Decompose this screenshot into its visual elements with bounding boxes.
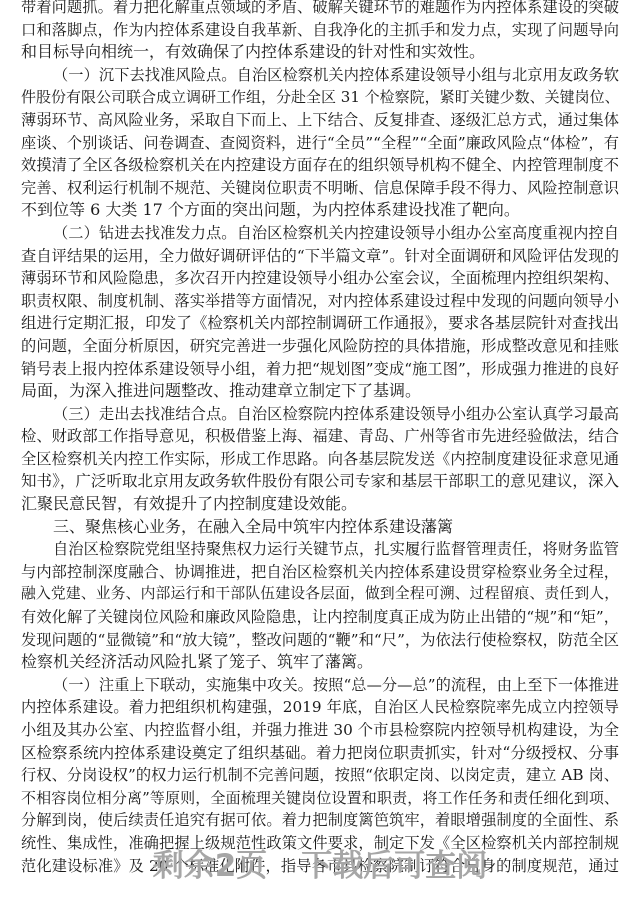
text-line: 发现问题的“显微镜”和“放大镜”，整改问题的“鞭”和“尺”，为依法行使检察权，防… [21, 629, 619, 652]
text-line: 件股份有限公司联合成立调研工作组，分赴全区 31 个检察院，紧盯关键少数、关键岗… [21, 86, 619, 109]
text-line: 的问题，全面分析原因，研究完善进一步强化风险防控的具体措施，形成整改意见和挂账 [21, 335, 619, 358]
text-line: （一）注重上下联动，实施集中攻关。按照“总—分—总”的流程，由上至下一体推进 [21, 674, 619, 697]
text-line: 销号表上报内控体系建设领导小组，着力把“规划图”变成“施工图”，形成强力推进的良… [21, 358, 619, 381]
download-banner[interactable]: 剩余2页下载后可查阅 [0, 840, 640, 885]
text-line: 查自评结果的运用，全力做好调研评估的“下半篇文章”。针对全面调研和风险评估发现的 [21, 245, 619, 268]
text-line: 座谈、个别谈话、问卷调查、查阅资料，进行“全员”“全程”“全面”廉政风险点“体检… [21, 132, 619, 155]
text-line: 职责权限、制度机制、落实举措等方面情况，对内控体系建设过程中发现的问题向领导小 [21, 290, 619, 313]
text-line: 局面，为深入推进问题整改、推动建章立制定下了基调。 [21, 380, 619, 403]
text-line: 自治区检察院党组坚持聚焦权力运行关键节点，扎实履行监督管理责任，将财务监管 [21, 538, 619, 561]
document-body: 带着问题抓。着力把化解重点领域的矛盾、破解关键环节的难题作为内控体系建设的突破口… [21, 0, 619, 877]
text-line: 分解到岗，使后续责任追究有据可依。着力把制度篱笆筑牢，着眼增强制度的全面性、系 [21, 809, 619, 832]
text-line: 三、聚焦核心业务，在融入全局中筑牢内控体系建设藩篱 [21, 516, 619, 539]
remaining-pages-label: 剩余2页 [153, 848, 268, 884]
text-line: 内控体系建设。着力把组织机构建强，2019 年底，自治区人民检察院率先成立内控领… [21, 696, 619, 719]
text-line: 口和落脚点，作为内控体系建设自我革新、自我净化的主抓手和发力点，实现了问题导向 [21, 19, 619, 42]
document-page: 带着问题抓。着力把化解重点领域的矛盾、破解关键环节的难题作为内控体系建设的突破口… [21, 0, 619, 877]
text-line: 全区检察机关内控工作实际，形成工作思路。向各基层院发送《内控制度建设征求意见通 [21, 448, 619, 471]
text-line: 和目标导向相统一，有效确保了内控体系建设的针对性和实效性。 [21, 41, 619, 64]
text-line: 薄弱环节和风险隐患，多次召开内控建设领导小组办公室会议，全面梳理内控组织架构、 [21, 267, 619, 290]
text-line: 检察机关经济活动风险扎紧了笼子、筑牢了藩篱。 [21, 651, 619, 674]
text-line: 检、财政部工作指导意见，积极借鉴上海、福建、青岛、广州等省市先进经验做法，结合 [21, 425, 619, 448]
text-line: 组进行定期汇报，印发了《检察机关内部控制调研工作通报》，要求各基层院针对查找出 [21, 312, 619, 335]
download-prompt-label[interactable]: 下载后可查阅 [301, 848, 487, 884]
text-line: 带着问题抓。着力把化解重点领域的矛盾、破解关键环节的难题作为内控体系建设的突破 [21, 0, 619, 19]
text-line: （三）走出去找准结合点。自治区检察院内控体系建设领导小组办公室认真学习最高 [21, 403, 619, 426]
text-line: 小组及其办公室、内控监督小组，并强力推进 30 个市县检察院内控领导机构建设，为… [21, 719, 619, 742]
text-line: 不相容岗位相分离”等原则，全面梳理关键岗位设置和职责，将工作任务和责任细化到项、 [21, 787, 619, 810]
text-line: 有效化解了关键岗位风险和廉政风险隐患，让内控制度真正成为防止出错的“规”和“矩”… [21, 606, 619, 629]
text-line: 知书》，广泛听取北京用友政务软件股份有限公司专家和基层干部职工的意见建议，深入 [21, 470, 619, 493]
text-line: 不到位等 6 大类 17 个方面的突出问题，为内控体系建设找准了靶向。 [21, 199, 619, 222]
text-line: 薄弱环节、高风险业务，采取自下而上、上下结合、反复排查、逐级汇总方式，通过集体 [21, 109, 619, 132]
text-line: （二）钻进去找准发力点。自治区检察机关内控建设领导小组办公室高度重视内控自 [21, 222, 619, 245]
text-line: 行权、分岗设权”的权力运行机制不完善问题，按照“依职定岗、以岗定责，建立 AB … [21, 764, 619, 787]
text-line: 区检察系统内控体系建设奠定了组织基础。着力把岗位职责抓实，针对“分级授权、分事 [21, 742, 619, 765]
text-line: （一）沉下去找准风险点。自治区检察机关内控体系建设领导小组与北京用友政务软 [21, 64, 619, 87]
text-line: 效摸清了全区各级检察机关在内控建设方面存在的组织领导机构不健全、内控管理制度不 [21, 154, 619, 177]
text-line: 与内部控制深度融合、协调推进，把自治区检察机关内控体系建设贯穿检察业务全过程， [21, 561, 619, 584]
text-line: 完善、权利运行机制不规范、关键岗位职责不明晰、信息保障手段不得力、风险控制意识 [21, 177, 619, 200]
text-line: 汇聚民意民智，有效提升了内控制度建设效能。 [21, 493, 619, 516]
text-line: 融入党建、业务、内部运行和干部队伍建设各层面，做到全程可溯、过程留痕、责任到人， [21, 583, 619, 606]
